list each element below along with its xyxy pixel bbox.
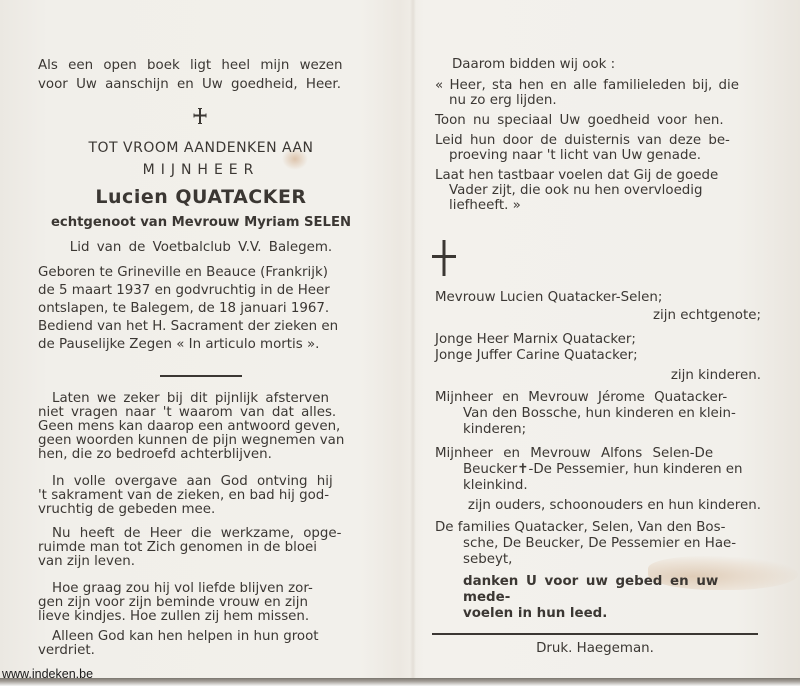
paragraph-line: 't sakrament van de zieken, en bad hij g… [38,489,364,503]
paragraph-line: Nu heeft de Heer die werkzame, opge- [38,527,364,541]
mourner-wife: Mevrouw Lucien Quatacker-Selen; [435,290,761,306]
center-fold [410,0,416,678]
paragraph-line: geen woorden kunnen de pijn wegnemen van [38,434,364,448]
paragraph-line: ruimde man tot Zich genomen in de bloei [38,541,364,555]
paragraph-4: Hoe graag zou hij vol liefde blijven zor… [38,582,364,624]
spouse-line: echtgenoot van Mevrouw Myriam SELEN [38,215,364,231]
prayer-line: nu zo erg lijden. [435,93,761,108]
mourner-role: zijn echtgenote; [435,308,761,324]
prayer-line: « Heer, sta hen en alle familieleden bij… [435,78,761,93]
mourner-role: zijn kinderen. [435,368,761,384]
bio-line: ontslapen, te Balegem, de 18 januari 196… [38,301,364,317]
bio-text: Bediend van het H. Sacrament der zieken … [38,319,338,335]
memorial-heading-text: TOT VROOM AANDENKEN AAN [38,140,364,156]
printer-credit: Druk. Haegeman. [432,641,758,657]
mourner-parents: Van den Bossche, hun kinderen en klein- [435,406,761,422]
mourner-parents: Mijnheer en Mevrouw Alfons Selen-De [435,446,761,462]
opening-verse: Als een open boek ligt heel mijn wezen v… [38,58,364,93]
prayer-intro: Daarom bidden wij ook : [452,57,778,73]
paragraph-2: In volle overgave aan God ontving hij 't… [38,475,364,517]
prayer: « Heer, sta hen en alle familieleden bij… [435,78,761,213]
bio-text: de 5 maart 1937 en godvruchtig in de Hee… [38,283,330,299]
paragraph-1: Laten we zeker bij dit pijnlijk afsterve… [38,392,364,462]
paragraph-line: Laten we zeker bij dit pijnlijk afsterve… [38,392,364,406]
paragraph-line: lieve kindjes. Hoe zullen zij hem missen… [38,610,364,624]
prayer-line: Vader zijt, die ook nu hen overvloedig [435,183,761,198]
bio-text: ontslapen, te Balegem, de 18 januari 196… [38,301,329,317]
paragraph-line: vruchtig de gebeden mee. [38,503,364,517]
verse-line: Als een open boek ligt heel mijn wezen [38,58,364,74]
verse-text: Als een open boek ligt heel mijn wezen [38,58,343,74]
cross-pattee-icon [193,108,207,124]
paragraph-5: Alleen God kan hen helpen in hun groot v… [38,630,364,658]
bio-line: de Pauselijke Zegen « In articulo mortis… [38,337,364,353]
paragraph-line: gen zijn voor zijn beminde vrouw en zijn [38,596,364,610]
paragraph-line: In volle overgave aan God ontving hij [38,475,364,489]
mourner-parents: kinderen; [435,422,761,438]
prayer-line: liefheeft. » [435,198,761,213]
bio-line: de 5 maart 1937 en godvruchtig in de Hee… [38,283,364,299]
paragraph-line: Hoe graag zou hij vol liefde blijven zor… [38,582,364,596]
bottom-edge [0,678,800,686]
prayer-line: Leid hun door de duisternis van deze be- [435,133,761,148]
thanks-line: voelen in hun leed. [435,606,761,622]
divider [432,633,758,635]
bio-text: de Pauselijke Zegen « In articulo mortis… [38,337,319,353]
divider [160,375,242,377]
paragraph-line: hen, die zo bedroefd achterblijven. [38,448,364,462]
mourner-parents: Mijnheer en Mevrouw Jérome Quatacker- [435,390,761,406]
biography: Geboren te Grineville en Beauce (Frankri… [38,265,364,353]
mourner-families: sebeyt, [435,552,761,568]
verse-text: voor Uw aanschijn en Uw goedheid, Heer. [38,77,341,93]
mourner-parents: Beucker✝-De Pessemier, hun kinderen en [435,462,761,478]
memorial-heading: TOT VROOM AANDENKEN AAN MIJNHEER [38,140,364,178]
prayer-line: Toon nu speciaal Uw goedheid voor hen. [435,113,761,128]
bio-text: Geboren te Grineville en Beauce (Frankri… [38,265,328,281]
mourner-child: Jonge Heer Marnix Quatacker; [435,332,761,348]
mourners: Mevrouw Lucien Quatacker-Selen; zijn ech… [435,290,761,622]
paragraph-line: van zijn leven. [38,555,364,569]
title-prefix: MIJNHEER [38,162,364,178]
deceased-name: Lucien QUATACKER [38,186,364,208]
paragraph-3: Nu heeft de Heer die werkzame, opge- rui… [38,527,364,569]
mourner-child: Jonge Juffer Carine Quatacker; [435,348,761,364]
prayer-line: Laat hen tastbaar voelen dat Gij de goed… [435,168,761,183]
mourner-parents: kleinkind. [435,478,761,494]
mourner-families: sche, De Beucker, De Pessemier en Hae- [435,536,761,552]
paragraph-line: verdriet. [38,644,364,658]
club-line: Lid van de Voetbalclub V.V. Balegem. [38,240,364,256]
paragraph-line: niet vragen naar 't waarom van dat alles… [38,406,364,420]
bio-line: Geboren te Grineville en Beauce (Frankri… [38,265,364,281]
verse-line: voor Uw aanschijn en Uw goedheid, Heer. [38,77,364,93]
paragraph-line: Geen mens kan daarop een antwoord geven, [38,420,364,434]
mourner-families: De families Quatacker, Selen, Van den Bo… [435,520,761,536]
bio-line: Bediend van het H. Sacrament der zieken … [38,319,364,335]
watermark: www.indeken.be [2,667,93,681]
mourner-role: zijn ouders, schoonouders en hun kindere… [435,498,761,514]
prayer-line: proeving naar 't licht van Uw genade. [435,148,761,163]
thanks-line: danken U voor uw gebed en uw mede- [435,574,761,606]
latin-cross-icon [432,240,456,276]
paragraph-line: Alleen God kan hen helpen in hun groot [38,630,364,644]
